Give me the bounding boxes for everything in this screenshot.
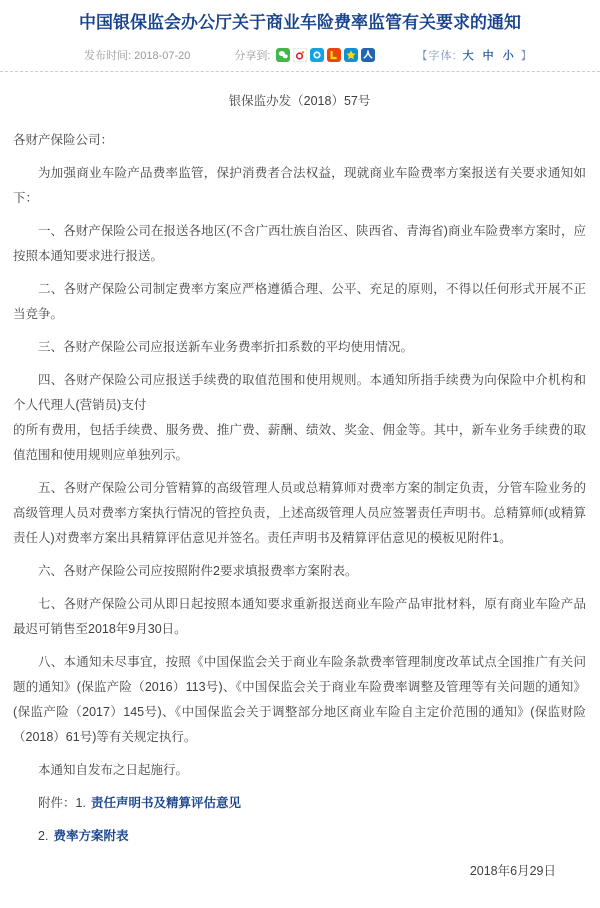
attachments-label-2: 2. (38, 829, 48, 843)
publish-time: 发布时间: 2018-07-20 (84, 47, 190, 63)
font-size-label: 字体: (428, 50, 456, 62)
sina-weibo-share-icon[interactable] (293, 48, 307, 62)
meta-bar: 发布时间: 2018-07-20 分享到: 【字 (0, 47, 600, 63)
intro-paragraph: 为加强商业车险产品费率监管，保护消费者合法权益，现就商业车险费率方案报送有关要求… (13, 161, 586, 211)
renren-share-icon[interactable] (361, 48, 375, 62)
salutation: 各财产保险公司： (13, 128, 586, 153)
clause-4: 四、各财产保险公司应报送手续费的取值范围和使用规则。本通知所指手续费为向保险中介… (13, 368, 586, 468)
clause-4-part2: 的所有费用，包括手续费、服务费、推广费、薪酬、绩效、奖金、佣金等。其中，新车业务… (13, 423, 586, 462)
clause-3: 三、各财产保险公司应报送新车业务费率折扣系数的平均使用情况。 (13, 335, 586, 360)
document-body: 银保监办发（2018）57号 各财产保险公司： 为加强商业车险产品费率监管，保护… (0, 89, 600, 908)
font-size-small-link[interactable]: 小 (503, 50, 515, 62)
clause-7: 七、各财产保险公司从即日起按照本通知要求重新报送商业车险产品审批材料，原有商业车… (13, 592, 586, 642)
font-size-close-bracket: 】 (521, 50, 533, 62)
qzone-share-icon[interactable] (344, 48, 358, 62)
font-size-widget: 【字体: 大 中 小 】 (416, 47, 532, 63)
publish-time-label: 发布时间: (84, 50, 131, 62)
attachments-line-2: 2.费率方案附表 (13, 824, 586, 849)
clause-4-part1: 四、各财产保险公司应报送手续费的取值范围和使用规则。本通知所指手续费为向保险中介… (13, 373, 586, 412)
sign-date: 2018年6月29日 (13, 859, 586, 884)
wechat-share-icon[interactable] (276, 48, 290, 62)
font-size-large-link[interactable]: 大 (463, 50, 475, 62)
clause-5: 五、各财产保险公司分管精算的高级管理人员或总精算师对费率方案的制定负责，分管车险… (13, 476, 586, 551)
attachments-line-1: 附件：1.责任声明书及精算评估意见 (13, 791, 586, 816)
clause-1: 一、各财产保险公司在报送各地区(不含广西壮族自治区、陕西省、青海省)商业车险费率… (13, 219, 586, 269)
font-size-medium-link[interactable]: 中 (483, 50, 495, 62)
closing-paragraph: 本通知自发布之日起施行。 (13, 758, 586, 783)
attachment-2-link[interactable]: 费率方案附表 (53, 829, 128, 843)
clause-8: 八、本通知未尽事宜，按照《中国保监会关于商业车险条款费率管理制度改革试点全国推广… (13, 650, 586, 750)
tencent-weibo-share-icon[interactable] (327, 48, 341, 62)
share-bar: 分享到: (234, 47, 378, 63)
clause-6: 六、各财产保险公司应按照附件2要求填报费率方案附表。 (13, 559, 586, 584)
doc-number: 银保监办发（2018）57号 (13, 89, 586, 114)
clause-2: 二、各财产保险公司制定费率方案应严格遵循合理、公平、充足的原则，不得以任何形式开… (13, 277, 586, 327)
font-size-open-bracket: 【 (416, 50, 428, 62)
attachment-1-link[interactable]: 责任声明书及精算评估意见 (91, 796, 241, 810)
qq-friends-share-icon[interactable] (310, 48, 324, 62)
dashed-divider (0, 71, 600, 72)
attachments-label: 附件：1. (38, 796, 86, 810)
page-title: 中国银保监会办公厅关于商业车险费率监管有关要求的通知 (30, 12, 570, 34)
share-label: 分享到: (234, 47, 270, 63)
publish-time-value: 2018-07-20 (134, 50, 190, 62)
